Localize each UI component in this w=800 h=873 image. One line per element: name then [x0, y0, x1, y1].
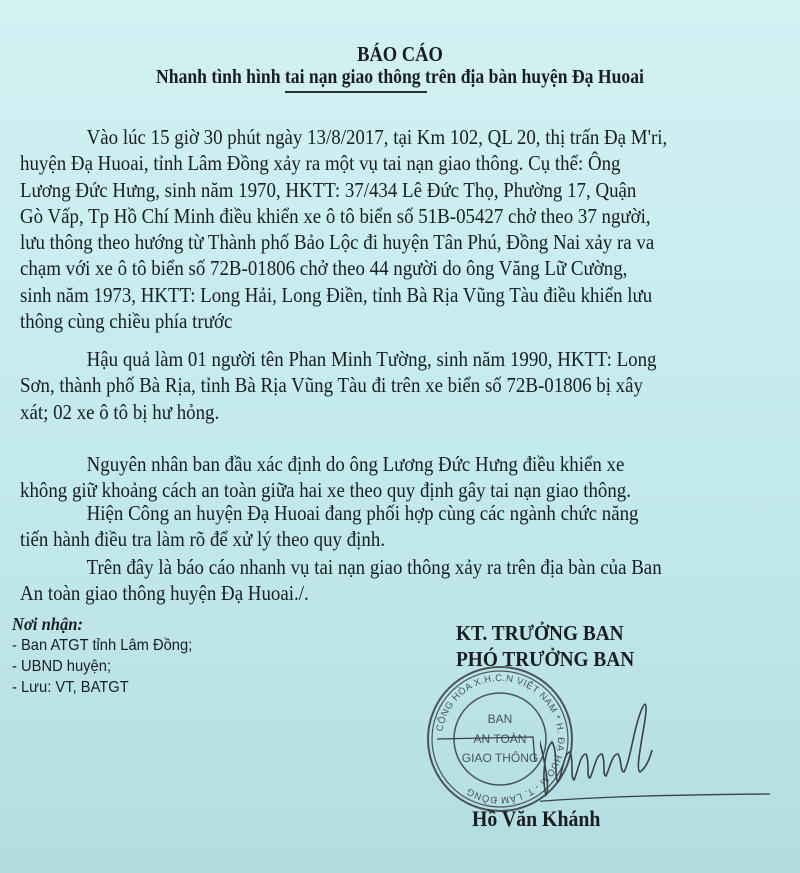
paragraph-investigation: Hiện Công an huyện Đạ Huoai đang phối hợ…	[20, 500, 704, 553]
recipient-item: - Ban ATGT tỉnh Lâm Đồng;	[12, 635, 192, 656]
paragraph-cause: Nguyên nhân ban đầu xác định do ông Lươn…	[20, 451, 704, 504]
recipients-block: Nơi nhận: - Ban ATGT tỉnh Lâm Đồng; - UB…	[12, 614, 192, 698]
paragraph: Nguyên nhân ban đầu xác định do ông Lươn…	[20, 451, 704, 504]
paragraph-line: Vào lúc 15 giờ 30 phút ngày 13/8/2017, t…	[20, 124, 704, 150]
recipient-item: - Lưu: VT, BATGT	[12, 677, 192, 698]
stamp-line: GIAO THÔNG	[462, 750, 538, 765]
paragraph-closing: Trên đây là báo cáo nhanh vụ tai nạn gia…	[20, 554, 704, 607]
paragraph-line: Sơn, thành phố Bà Rịa, tỉnh Bà Rịa Vũng …	[20, 372, 704, 398]
paragraph-line: tiến hành điều tra làm rõ để xử lý theo …	[20, 526, 704, 552]
paragraph-line: lưu thông theo hướng từ Thành phố Bảo Lộ…	[20, 229, 704, 255]
paragraph: Vào lúc 15 giờ 30 phút ngày 13/8/2017, t…	[20, 124, 704, 334]
title-underline	[285, 91, 427, 93]
recipients-heading: Nơi nhận:	[12, 614, 192, 635]
signer-name: Hồ Văn Khánh	[472, 806, 600, 832]
paragraph-consequences: Hậu quả làm 01 người tên Phan Minh Tường…	[20, 346, 704, 425]
paragraph-line: sinh năm 1973, HKTT: Long Hải, Long Điền…	[20, 282, 704, 308]
paragraph-line: huyện Đạ Huoai, tỉnh Lâm Đồng xảy ra một…	[20, 150, 704, 176]
paragraph-incident: Vào lúc 15 giờ 30 phút ngày 13/8/2017, t…	[20, 124, 704, 334]
paragraph: Hiện Công an huyện Đạ Huoai đang phối hợ…	[20, 500, 704, 553]
signature-title-line1: KT. TRƯỞNG BAN	[456, 620, 634, 646]
paragraph-line: Hậu quả làm 01 người tên Phan Minh Tường…	[20, 346, 704, 372]
paragraph-line: Lương Đức Hưng, sinh năm 1970, HKTT: 37/…	[20, 177, 704, 203]
paragraph-line: Gò Vấp, Tp Hồ Chí Minh điều khiển xe ô t…	[20, 203, 704, 229]
paragraph-line: thông cùng chiều phía trước	[20, 308, 704, 334]
recipient-item: - UBND huyện;	[12, 656, 192, 677]
paragraph-line: chạm với xe ô tô biển số 72B-01806 chở t…	[20, 255, 704, 281]
paragraph-line: xát; 02 xe ô tô bị hư hỏng.	[20, 399, 704, 425]
document-title: BÁO CÁO	[48, 42, 752, 67]
paragraph-line: An toàn giao thông huyện Đạ Huoai./.	[20, 580, 704, 606]
document-subtitle: Nhanh tình hình tai nạn giao thông trên …	[56, 66, 744, 89]
paragraph-line: Nguyên nhân ban đầu xác định do ông Lươn…	[20, 451, 704, 477]
paragraph: Hậu quả làm 01 người tên Phan Minh Tường…	[20, 346, 704, 425]
stamp-line: BAN	[488, 712, 513, 726]
paragraph: Trên đây là báo cáo nhanh vụ tai nạn gia…	[20, 554, 704, 607]
paragraph-line: Hiện Công an huyện Đạ Huoai đang phối hợ…	[20, 500, 704, 526]
paragraph-line: Trên đây là báo cáo nhanh vụ tai nạn gia…	[20, 554, 704, 580]
